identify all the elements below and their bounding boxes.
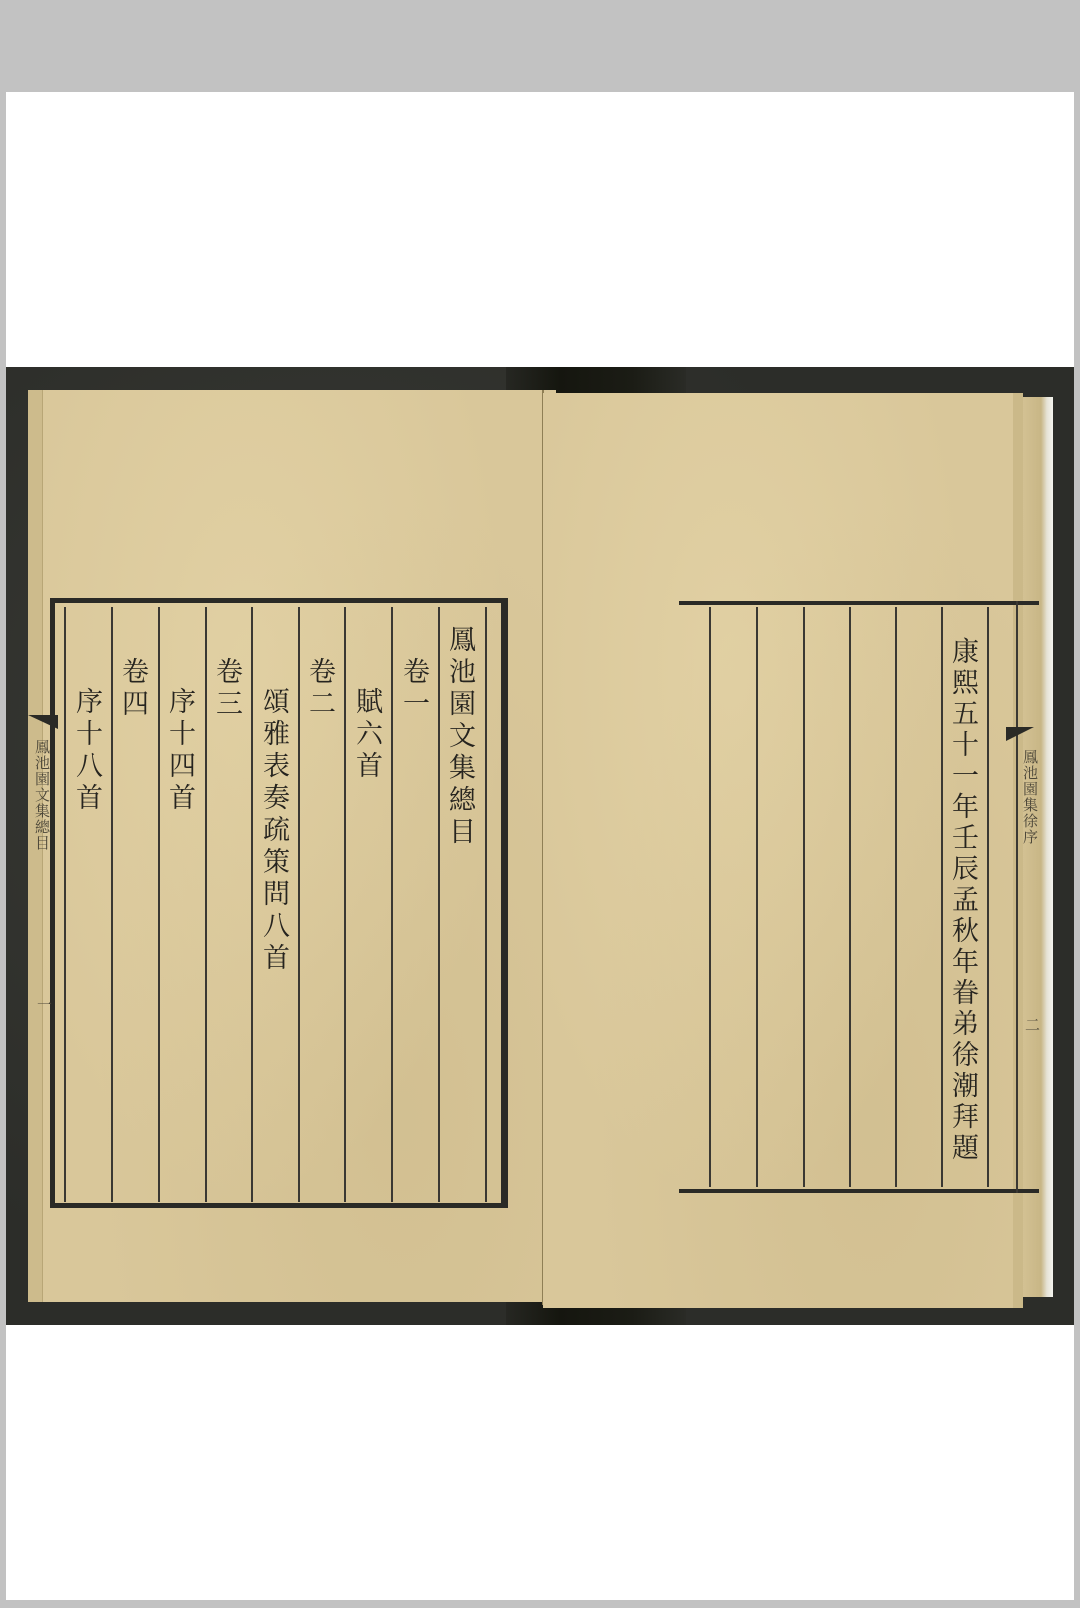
toc-content-3: 序十四首 — [166, 687, 193, 815]
left-edge-label: 鳳池園文集總目 — [34, 739, 49, 851]
column-rule — [895, 607, 897, 1187]
toc-content-1: 賦六首 — [353, 687, 380, 783]
column-rule — [298, 607, 300, 1202]
left-edge-page-number: 一 — [36, 997, 51, 1013]
column-rule — [849, 607, 851, 1187]
fishtail-mark — [28, 715, 58, 729]
column-rule — [391, 607, 393, 1202]
column-rule — [1016, 601, 1018, 1193]
toc-volume-1: 卷一 — [400, 657, 427, 721]
column-rule — [803, 607, 805, 1187]
column-rule — [438, 607, 440, 1202]
column-rule — [111, 607, 113, 1202]
column-rule — [251, 607, 253, 1202]
column-rule — [987, 607, 989, 1187]
column-rule — [485, 607, 487, 1202]
book-scan-image: 鳳池園文集總目 卷一 賦六首 卷二 頌雅表奏疏策問八首 卷三 序十四首 卷四 序… — [6, 367, 1074, 1325]
right-page-border-frame — [679, 601, 1039, 1193]
toc-volume-2: 卷二 — [306, 657, 333, 721]
column-rule — [941, 607, 943, 1187]
right-edge-page-number: 二 — [1024, 1017, 1039, 1033]
colophon-signature: 康熙五十一年壬辰孟秋年眷弟徐潮拜題 — [949, 637, 976, 1164]
toc-title: 鳳池園文集總目 — [446, 625, 473, 849]
toc-volume-3: 卷三 — [213, 657, 240, 721]
column-rule — [709, 607, 711, 1187]
right-edge-label: 鳳池園集徐序 — [1022, 749, 1037, 845]
toc-content-2: 頌雅表奏疏策問八首 — [260, 687, 287, 975]
toc-volume-4: 卷四 — [119, 657, 146, 721]
toc-content-4: 序十八首 — [73, 687, 100, 815]
column-rule — [64, 607, 66, 1202]
column-rule — [344, 607, 346, 1202]
column-rule — [205, 607, 207, 1202]
column-rule — [158, 607, 160, 1202]
column-rule — [756, 607, 758, 1187]
fishtail-mark — [1006, 727, 1034, 741]
